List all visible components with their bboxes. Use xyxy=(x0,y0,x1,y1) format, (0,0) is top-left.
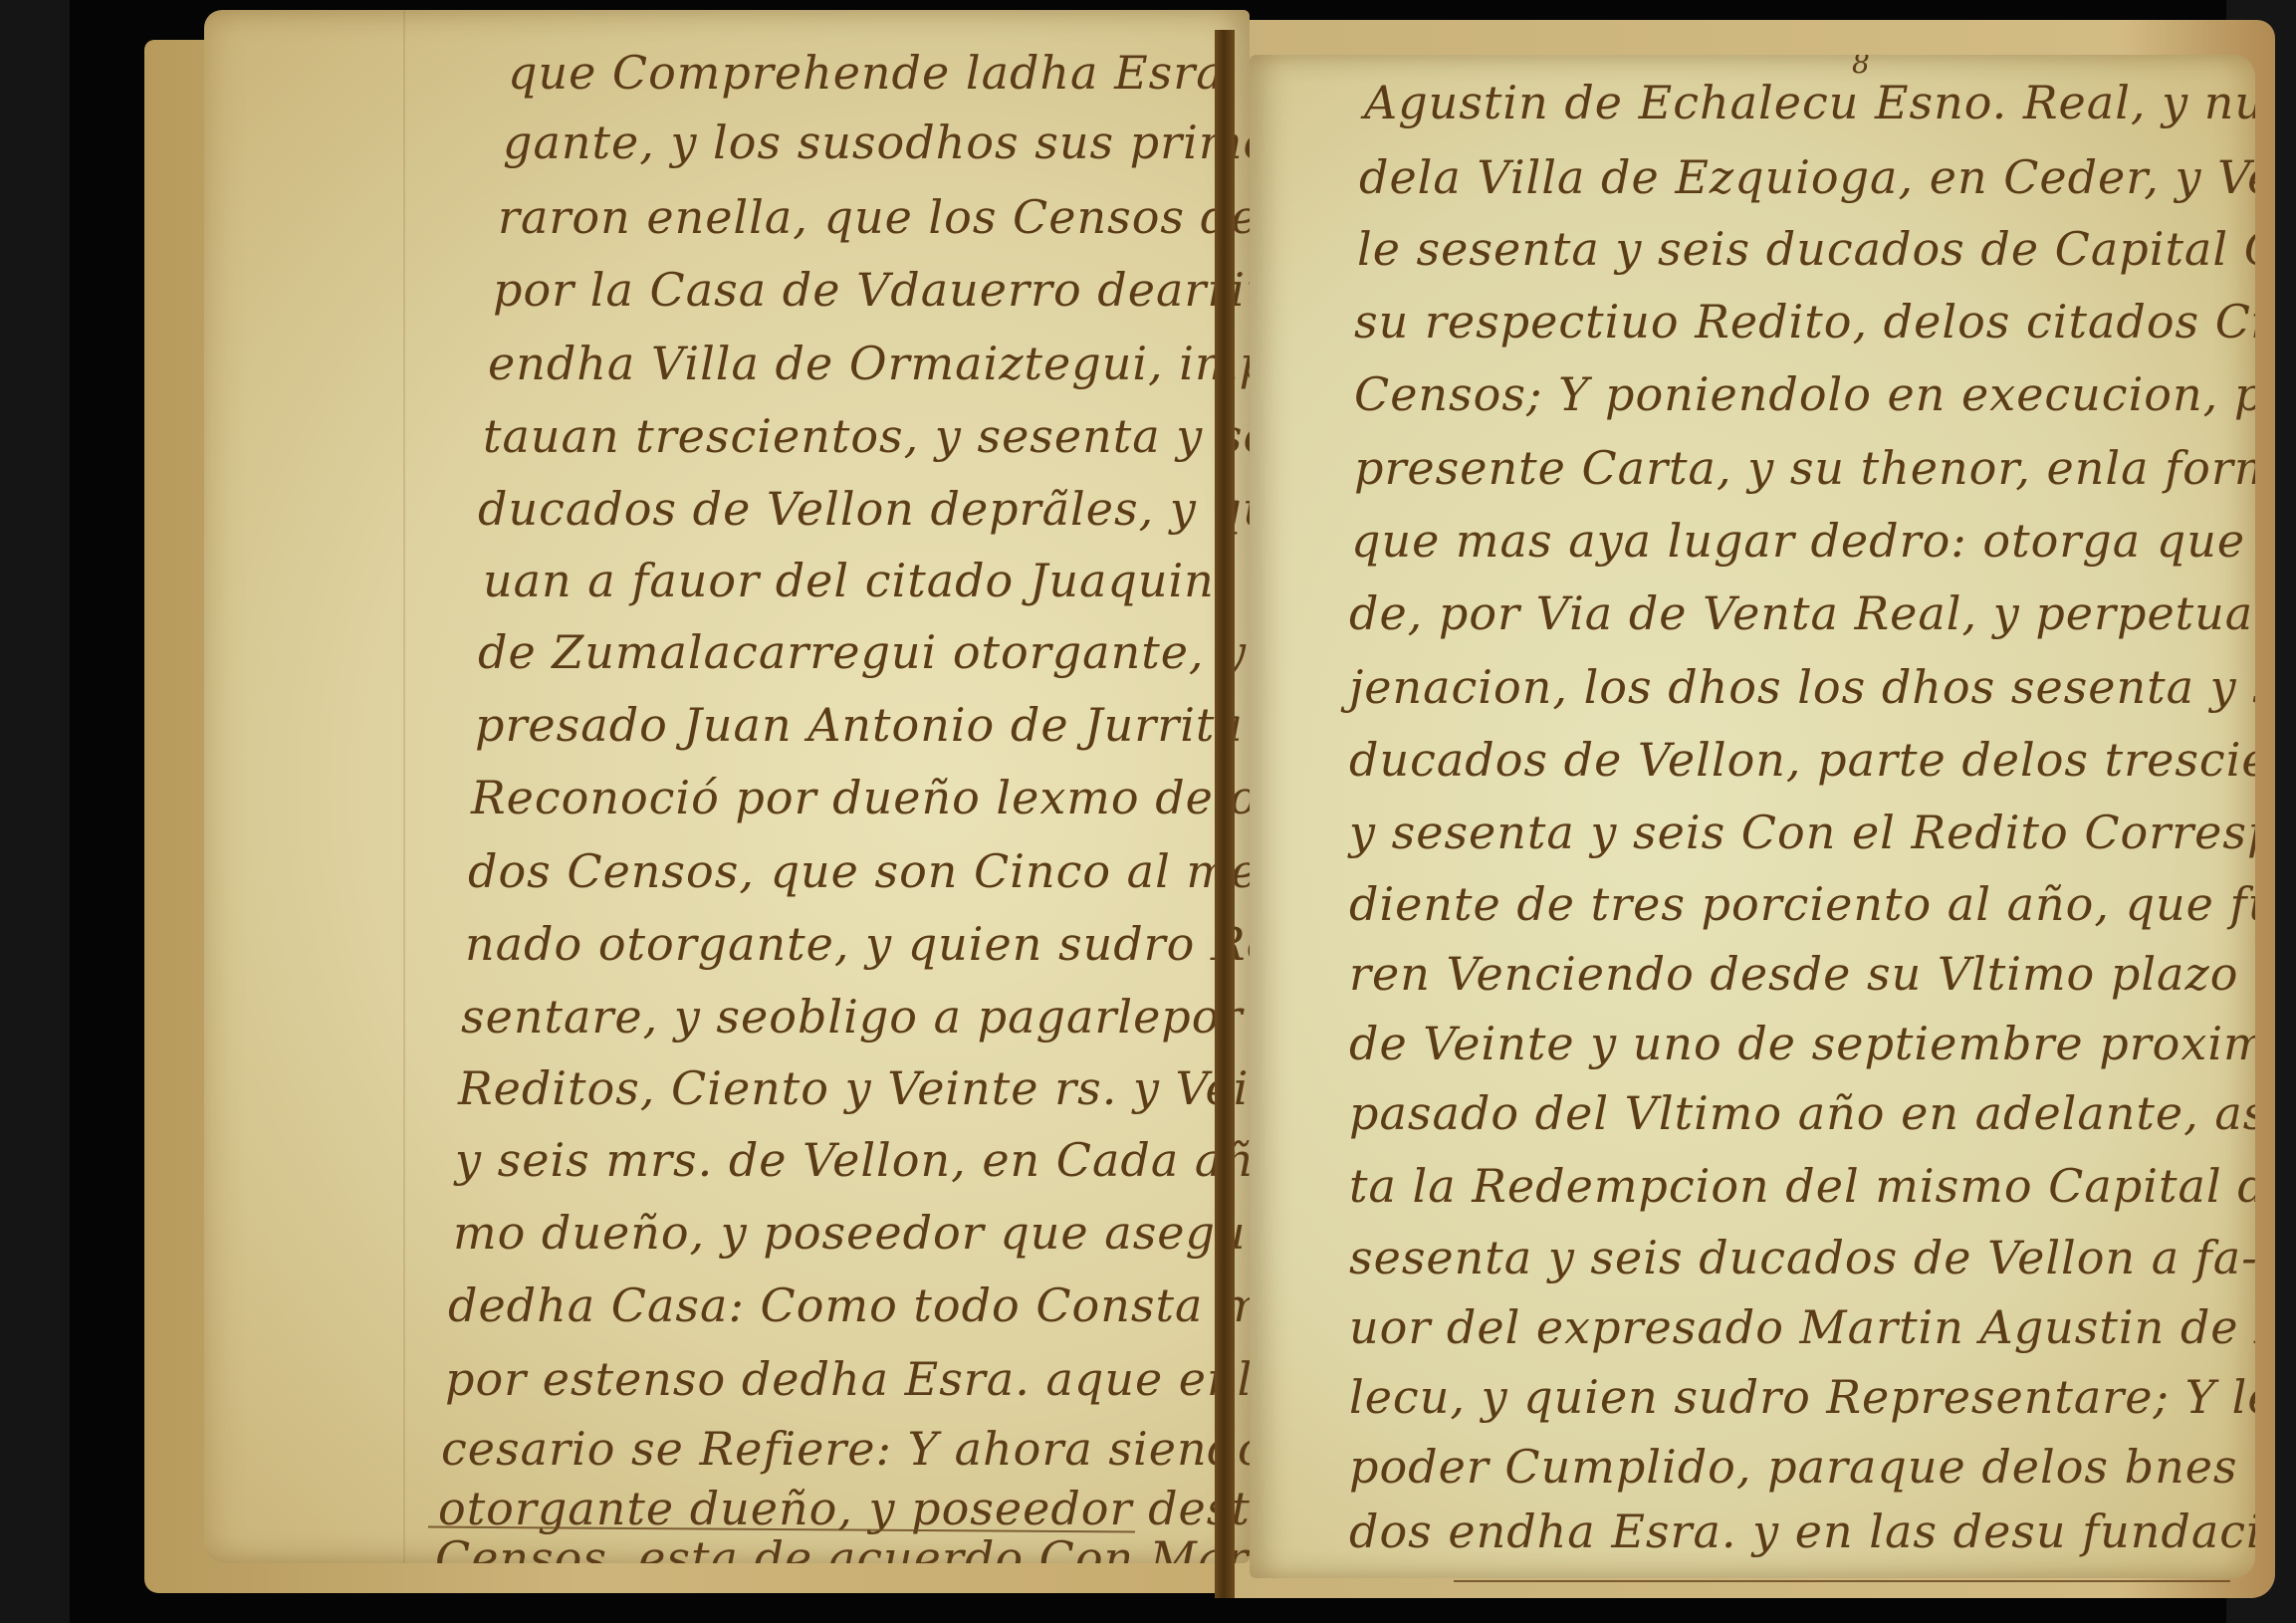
text-line: mo dueño, y poseedor que asegurobea xyxy=(453,1210,1250,1256)
text-line: tauan trescientos, y sesenta y seis xyxy=(483,413,1250,459)
text-line: dela Villa de Ezquioga, en Ceder, y Vend… xyxy=(1359,154,2255,200)
text-line: que Comprehende ladha Esra. el otor- xyxy=(508,50,1250,96)
text-line: uan a fauor del citado Juaquin xyxy=(483,558,1215,603)
text-line: de Veinte y uno de septiembre proximo xyxy=(1349,1021,2255,1066)
text-line: raron enella, que los Censos deuidos xyxy=(498,194,1250,240)
text-line: endha Villa de Ormaiztegui, impor- xyxy=(488,341,1250,386)
text-line: Reditos, Ciento y Veinte rs. y Veinte xyxy=(458,1065,1250,1111)
text-line: por estenso dedha Esra. aque enlo ne- xyxy=(445,1356,1250,1402)
text-line: otorgante dueño, y poseedor destos xyxy=(438,1486,1250,1531)
text-line: Censos, esta de acuerdo Con Martin xyxy=(435,1535,1250,1563)
left-page-text: que Comprehende ladha Esra. el otor- gan… xyxy=(204,10,1250,1563)
text-line: diente de tres porciento al año, que fue… xyxy=(1349,881,2255,927)
right-page: 8 Agustin de Echalecu Esno. Real, y nume… xyxy=(1250,55,2255,1578)
text-line: jenacion, los dhos los dhos sesenta y se… xyxy=(1349,664,2255,710)
text-line: Censos; Y poniendolo en execucion, por l… xyxy=(1354,371,2255,417)
text-line: presado Juan Antonio de Jurrita xyxy=(475,702,1244,748)
bottom-rule-right xyxy=(1454,1580,2230,1582)
text-line: poder Cumplido, paraque delos bnes oblig… xyxy=(1349,1444,2255,1490)
text-line: de Zumalacarregui otorgante, y el ex- xyxy=(478,629,1250,675)
text-line: sentare, y seobligo a pagarlepor sus xyxy=(461,994,1250,1040)
text-line: de, por Via de Venta Real, y perpetua en… xyxy=(1349,590,2255,636)
text-line: Reconoció por dueño lexmo delos cita- xyxy=(471,775,1250,820)
left-page: que Comprehende ladha Esra. el otor- gan… xyxy=(204,10,1250,1563)
text-line: su respectiuo Redito, delos citados Cinc… xyxy=(1354,299,2255,345)
text-line: por la Casa de Vdauerro dearriua sita xyxy=(493,267,1250,313)
text-line: gante, y los susodhos sus primos decla- xyxy=(503,119,1250,165)
text-line: que mas aya lugar dedro: otorga que Ven- xyxy=(1351,518,2255,564)
text-line: Agustin de Echalecu Esno. Real, y numera… xyxy=(1364,80,2255,125)
text-line: ducados de Vellon deprãles, y queda- xyxy=(478,486,1250,532)
text-line: dos Censos, que son Cinco al mencio xyxy=(468,848,1250,894)
text-line: y seis mrs. de Vellon, en Cada año Co- xyxy=(455,1137,1250,1183)
text-line: pasado del Vltimo año en adelante, as- xyxy=(1349,1090,2255,1136)
text-line: ren Venciendo desde su Vltimo plazo xyxy=(1349,951,2238,997)
text-line: dedha Casa: Como todo Consta mas xyxy=(448,1282,1250,1328)
text-line: nado otorgante, y quien sudro Repre- xyxy=(465,921,1250,967)
text-line: uor del expresado Martin Agustin de Echa… xyxy=(1349,1304,2255,1350)
text-line: le sesenta y seis ducados de Capital Con xyxy=(1357,226,2255,272)
text-line: y sesenta y seis Con el Redito Correspon… xyxy=(1349,810,2255,855)
text-line: dos endha Esra. y en las desu fundacion xyxy=(1349,1508,2255,1554)
text-line: sesenta y seis ducados de Vellon a fa- xyxy=(1349,1235,2255,1280)
text-line: ta la Redempcion del mismo Capital de xyxy=(1349,1163,2255,1209)
text-line: lecu, y quien sudro Representare; Y le d… xyxy=(1349,1374,2255,1420)
book-spread: que Comprehende ladha Esra. el otor- gan… xyxy=(70,0,2226,1623)
right-page-text: Agustin de Echalecu Esno. Real, y numera… xyxy=(1250,55,2255,1578)
text-line: cesario se Refiere: Y ahora siendo el xyxy=(441,1426,1250,1472)
book-gutter xyxy=(1215,30,1235,1598)
text-line: presente Carta, y su thenor, enla forma xyxy=(1354,445,2255,491)
text-line: ducados de Vellon, parte delos trescient… xyxy=(1349,737,2255,783)
